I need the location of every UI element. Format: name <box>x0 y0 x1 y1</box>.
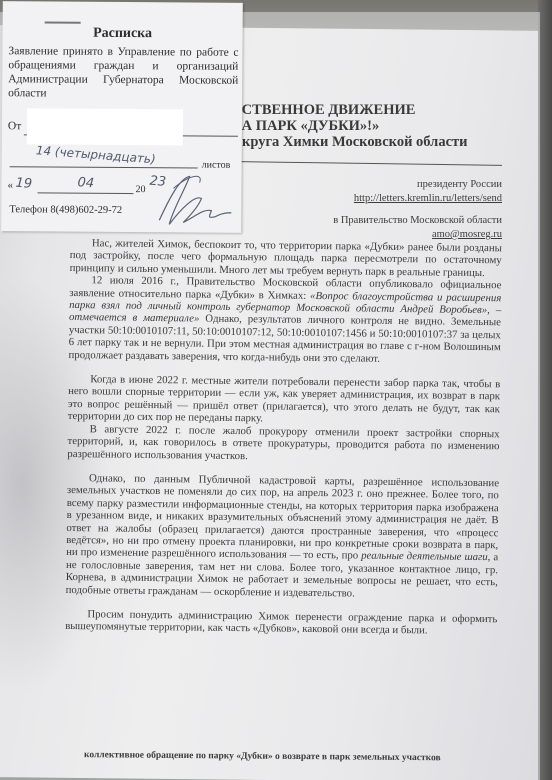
paragraph: Когда в июне 2022 г. местные жители потр… <box>68 373 501 428</box>
header-line-1: ЕСТВЕННОЕ ДВИЖЕНИЕ <box>232 102 532 118</box>
receipt-text: Заявление принято в Управление по работе… <box>8 44 238 102</box>
paragraph: Однако, по данным Публичной кадастровой … <box>66 472 499 601</box>
header-line-3: круга Химки Московской области <box>232 134 532 150</box>
receipt-phone: Телефон 8(498)602-29-72 <box>9 204 122 216</box>
paragraph: В августе 2022 г. после жалоб прокурору … <box>67 423 499 465</box>
receipt-title: Расписка <box>3 25 243 43</box>
paragraph: Нас, жителей Химок, беспокоит то, что те… <box>70 237 502 279</box>
addressee-label: в Правительство Московской области <box>333 214 502 228</box>
date-underline <box>37 192 133 194</box>
receipt-dash <box>45 21 81 23</box>
paragraph-text: Однако, по данным Публичной кадастровой … <box>66 472 499 562</box>
paragraph: Просим понудить администрацию Химок пере… <box>65 608 497 638</box>
date-open-quote: « <box>7 179 13 191</box>
addressees: президенту России http://letters.kremlin… <box>333 178 502 242</box>
signature-icon <box>139 168 239 231</box>
redacted-name <box>27 108 183 145</box>
addressee-label: президенту России <box>333 178 502 192</box>
letter-header: ЕСТВЕННОЕ ДВИЖЕНИЕ ЗА ПАРК «ДУБКИ»!» кру… <box>232 102 532 150</box>
header-line-2: ЗА ПАРК «ДУБКИ»!» <box>232 118 532 134</box>
date-day: 19 <box>15 176 33 192</box>
emphasis-italic: реальные деятельные шаги, <box>361 550 490 564</box>
letter-body: Нас, жителей Химок, беспокоит то, что те… <box>65 237 502 638</box>
receipt-slip: Расписка Заявление принято в Управление … <box>1 1 243 233</box>
addressee-link[interactable]: http://letters.kremlin.ru/letters/send <box>333 192 502 206</box>
date-month: 04 <box>77 175 95 191</box>
paragraph: 12 июля 2016 г., Правительство Московско… <box>68 274 501 366</box>
from-label: От <box>8 120 21 132</box>
sheets-handwritten: 14 (четырнадцать) <box>35 143 156 166</box>
background-right <box>538 0 552 780</box>
